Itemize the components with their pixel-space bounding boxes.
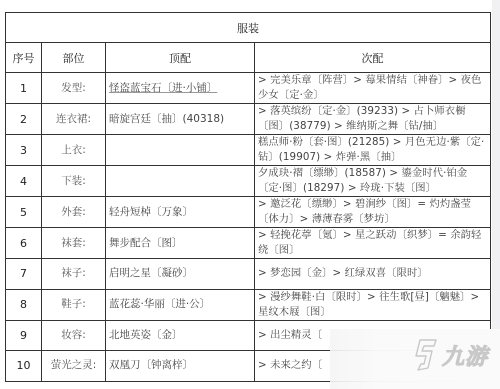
header-top: 顶配 [106, 43, 255, 73]
row-top: 蓝花蕊·华丽〔进·公〕 [106, 289, 255, 320]
row-sub: > 邀泛花〔缥缈〕> 碧涧纱〔图〕= 灼灼盏莹〔体力〕> 薄薄春雾〔梦坊〕 [255, 197, 491, 228]
row-part: 袜套: [42, 228, 106, 259]
row-top: 轻舟短棹〔万象〕 [106, 197, 255, 228]
watermark-logo-text: 九游 [442, 340, 488, 371]
row-index: 3 [6, 135, 42, 166]
jiuyou-logo-icon [412, 338, 438, 372]
row-part: 发型: [42, 73, 106, 104]
table-title-row: 服装 [6, 13, 491, 43]
row-top: 启明之星〔凝砂〕 [106, 259, 255, 290]
header-index: 序号 [6, 43, 42, 73]
table-row: 5 外套: 轻舟短棹〔万象〕 > 邀泛花〔缥缈〕> 碧涧纱〔图〕= 灼灼盏莹〔体… [6, 197, 491, 228]
row-part: 下装: [42, 166, 106, 197]
row-sub: 夕成玦·褶〔缥缈〕(18587) > 鎏金时代·铂金〔定·图〕(18297) >… [255, 166, 491, 197]
row-top: 怪盗蓝宝石〔进·小铺〕 [106, 73, 255, 104]
watermark-logo: 九游 [412, 338, 488, 372]
row-index: 6 [6, 228, 42, 259]
table-row: 4 下装: 夕成玦·褶〔缥缈〕(18587) > 鎏金时代·铂金〔定·图〕(18… [6, 166, 491, 197]
row-part: 连衣裙: [42, 104, 106, 135]
row-index: 10 [6, 351, 42, 382]
row-index: 5 [6, 197, 42, 228]
row-top: 舞步配合〔图〕 [106, 228, 255, 259]
row-part: 上衣: [42, 135, 106, 166]
table-title: 服装 [6, 13, 491, 43]
row-part: 妆容: [42, 320, 106, 351]
row-top [106, 135, 255, 166]
row-top: 双凰刀〔钟离梓〕 [106, 351, 255, 382]
header-part: 部位 [42, 43, 106, 73]
table-header-row: 序号 部位 顶配 次配 [6, 43, 491, 73]
row-sub: 糕点师·粉〔套·图〕(21285) > 月色无边·紫〔定·钻〕(19907) >… [255, 135, 491, 166]
outfit-table: 服装 序号 部位 顶配 次配 1 发型: 怪盗蓝宝石〔进·小铺〕 > 完美乐章〔… [5, 12, 491, 382]
row-sub: > 轻挽花葶〔氪〕> 星之跃动〔织梦〕= 余韵轻绕〔图〕 [255, 228, 491, 259]
row-part: 鞋子: [42, 289, 106, 320]
row-index: 4 [6, 166, 42, 197]
table-row: 6 袜套: 舞步配合〔图〕 > 轻挽花葶〔氪〕> 星之跃动〔织梦〕= 余韵轻绕〔… [6, 228, 491, 259]
table-row: 7 袜子: 启明之星〔凝砂〕 > 梦恋园〔金〕> 红绿双喜〔限时〕 [6, 259, 491, 290]
row-index: 7 [6, 259, 42, 290]
row-top: 北地英姿〔金〕 [106, 320, 255, 351]
row-top [106, 166, 255, 197]
header-sub: 次配 [255, 43, 491, 73]
row-sub: > 落英缤纷〔定·金〕(39233) > 占卜师衣橱〔图〕(38779) > 维… [255, 104, 491, 135]
row-part: 外套: [42, 197, 106, 228]
row-index: 8 [6, 289, 42, 320]
row-index: 2 [6, 104, 42, 135]
table-row: 2 连衣裙: 暗旋宫廷〔抽〕(40318) > 落英缤纷〔定·金〕(39233)… [6, 104, 491, 135]
row-index: 1 [6, 73, 42, 104]
row-index: 9 [6, 320, 42, 351]
row-sub: > 梦恋园〔金〕> 红绿双喜〔限时〕 [255, 259, 491, 290]
row-part: 袜子: [42, 259, 106, 290]
row-sub: > 漫纱舞鞋·白〔限时〕> 往生歌[昼]〔魑魅〕> 星纹木屐〔图〕 [255, 289, 491, 320]
table-row: 8 鞋子: 蓝花蕊·华丽〔进·公〕 > 漫纱舞鞋·白〔限时〕> 往生歌[昼]〔魑… [6, 289, 491, 320]
table-row: 1 发型: 怪盗蓝宝石〔进·小铺〕 > 完美乐章〔阵营〕> 莓果情结〔神眷〕> … [6, 73, 491, 104]
row-top: 暗旋宫廷〔抽〕(40318) [106, 104, 255, 135]
row-sub: > 完美乐章〔阵营〕> 莓果情结〔神眷〕> 夜色少女〔定·金〕 [255, 73, 491, 104]
row-top-text: 怪盗蓝宝石〔进·小铺〕 [109, 82, 217, 94]
row-part: 萤光之灵: [42, 351, 106, 382]
table-row: 3 上衣: 糕点师·粉〔套·图〕(21285) > 月色无边·紫〔定·钻〕(19… [6, 135, 491, 166]
